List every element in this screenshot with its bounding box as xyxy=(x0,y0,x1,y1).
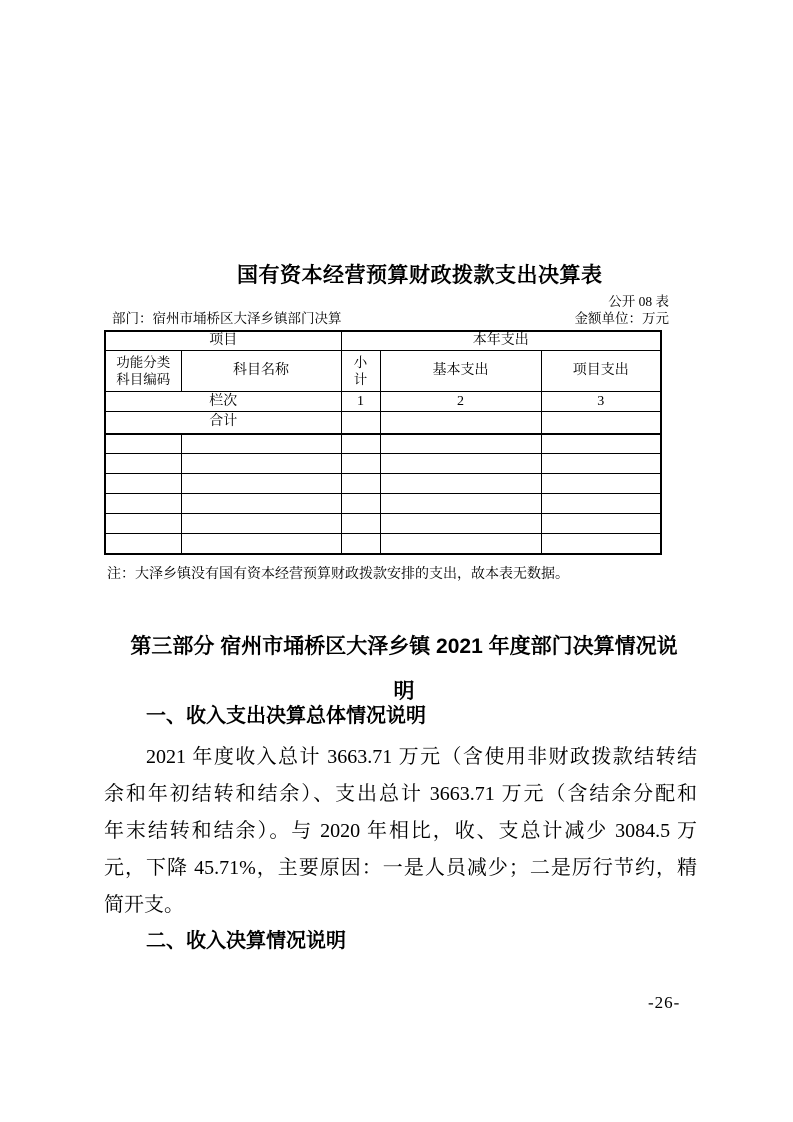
paragraph-line: 简开支。 xyxy=(104,887,697,924)
table-empty-cell xyxy=(380,474,541,494)
group-header-year-expenditure: 本年支出 xyxy=(341,331,661,351)
table-empty-cell xyxy=(541,474,661,494)
document-page: 国有资本经营预算财政拨款支出决算表 公开 08 表 部门：宿州市埇桥区大泽乡镇部… xyxy=(0,0,793,1122)
part3-heading: 第三部分 宿州市埇桥区大泽乡镇 2021 年度部门决算情况说 明 xyxy=(104,624,704,714)
table-column-header-row: 功能分类 科目编码 科目名称 小 计 基本支出 项目支出 xyxy=(105,351,661,392)
table-empty-cell xyxy=(541,494,661,514)
table-empty-cell xyxy=(105,514,181,534)
total-cell-basic xyxy=(380,412,541,434)
total-cell-subtotal xyxy=(341,412,380,434)
table-empty-cell xyxy=(341,494,380,514)
total-row-label: 合计 xyxy=(105,412,341,434)
table-empty-cell xyxy=(105,434,181,454)
subtotal-line1: 小 xyxy=(342,354,380,372)
form-code-label: 公开 08 表 xyxy=(608,294,669,310)
paragraph-line: 2021 年度收入总计 3663.71 万元（含使用非财政拨款结转结 xyxy=(104,739,697,776)
table-empty-row xyxy=(105,454,661,474)
rank-row-label: 栏次 xyxy=(105,392,341,412)
subtotal-line2: 计 xyxy=(342,371,380,389)
rank-cell-project: 3 xyxy=(541,392,661,412)
table-empty-cell xyxy=(105,474,181,494)
table-total-row: 合计 xyxy=(105,412,661,434)
table-empty-row xyxy=(105,534,661,554)
section2-heading: 二、收入决算情况说明 xyxy=(146,929,346,953)
table-empty-row xyxy=(105,434,661,454)
table-empty-row xyxy=(105,474,661,494)
table-empty-cell xyxy=(380,434,541,454)
table-note: 注：大泽乡镇没有国有资本经营预算财政拨款安排的支出，故本表无数据。 xyxy=(107,566,569,584)
table-empty-cell xyxy=(380,494,541,514)
table-empty-row xyxy=(105,494,661,514)
total-cell-project xyxy=(541,412,661,434)
group-header-project: 项目 xyxy=(105,331,341,351)
department-label: 部门：宿州市埇桥区大泽乡镇部门决算 xyxy=(112,310,342,327)
table-group-header-row: 项目 本年支出 xyxy=(105,331,661,351)
rank-cell-subtotal: 1 xyxy=(341,392,380,412)
paragraph-line: 元，下降 45.71%，主要原因：一是人员减少；二是厉行节约，精 xyxy=(104,850,697,887)
table-empty-cell xyxy=(380,534,541,554)
table-empty-cell xyxy=(181,534,341,554)
function-code-line2: 科目编码 xyxy=(106,371,181,389)
page-number: -26- xyxy=(648,993,680,1013)
page-title: 国有资本经营预算财政拨款支出决算表 xyxy=(237,263,603,289)
col-header-subject-name: 科目名称 xyxy=(181,351,341,392)
section1-paragraph: 2021 年度收入总计 3663.71 万元（含使用非财政拨款结转结 余和年初结… xyxy=(104,739,697,924)
table-empty-cell xyxy=(105,494,181,514)
table-empty-cell xyxy=(341,514,380,534)
table-empty-cell xyxy=(380,514,541,534)
table-empty-cell xyxy=(341,454,380,474)
table-empty-cell xyxy=(541,514,661,534)
table-empty-cell xyxy=(181,494,341,514)
table-empty-cell xyxy=(541,454,661,474)
amount-unit-label: 金额单位：万元 xyxy=(575,311,670,327)
section1-heading: 一、收入支出决算总体情况说明 xyxy=(146,704,426,728)
table-empty-cell xyxy=(181,454,341,474)
table-empty-cell xyxy=(181,514,341,534)
table-empty-cell xyxy=(380,454,541,474)
table-empty-cell xyxy=(541,434,661,454)
col-header-project-expenditure: 项目支出 xyxy=(541,351,661,392)
table-empty-cell xyxy=(341,534,380,554)
paragraph-line: 余和年初结转和结余）、支出总计 3663.71 万元（含结余分配和 xyxy=(104,776,697,813)
table-empty-cell xyxy=(541,534,661,554)
col-header-subtotal: 小 计 xyxy=(341,351,380,392)
col-header-function-code: 功能分类 科目编码 xyxy=(105,351,181,392)
table-rank-row: 栏次 1 2 3 xyxy=(105,392,661,412)
rank-cell-basic: 2 xyxy=(380,392,541,412)
table-empty-cell xyxy=(105,454,181,474)
table-empty-rows xyxy=(105,434,661,554)
table-empty-cell xyxy=(341,434,380,454)
table-empty-cell xyxy=(181,434,341,454)
table-empty-cell xyxy=(105,534,181,554)
table-empty-cell xyxy=(341,474,380,494)
paragraph-line: 年末结转和结余）。与 2020 年相比，收、支总计减少 3084.5 万 xyxy=(104,813,697,850)
budget-table: 项目 本年支出 功能分类 科目编码 科目名称 小 计 基本支出 项目支出 栏次 … xyxy=(104,330,662,555)
col-header-basic-expenditure: 基本支出 xyxy=(380,351,541,392)
table-empty-cell xyxy=(181,474,341,494)
part3-heading-line1: 第三部分 宿州市埇桥区大泽乡镇 2021 年度部门决算情况说 xyxy=(104,624,704,669)
table-empty-row xyxy=(105,514,661,534)
function-code-line1: 功能分类 xyxy=(106,354,181,372)
